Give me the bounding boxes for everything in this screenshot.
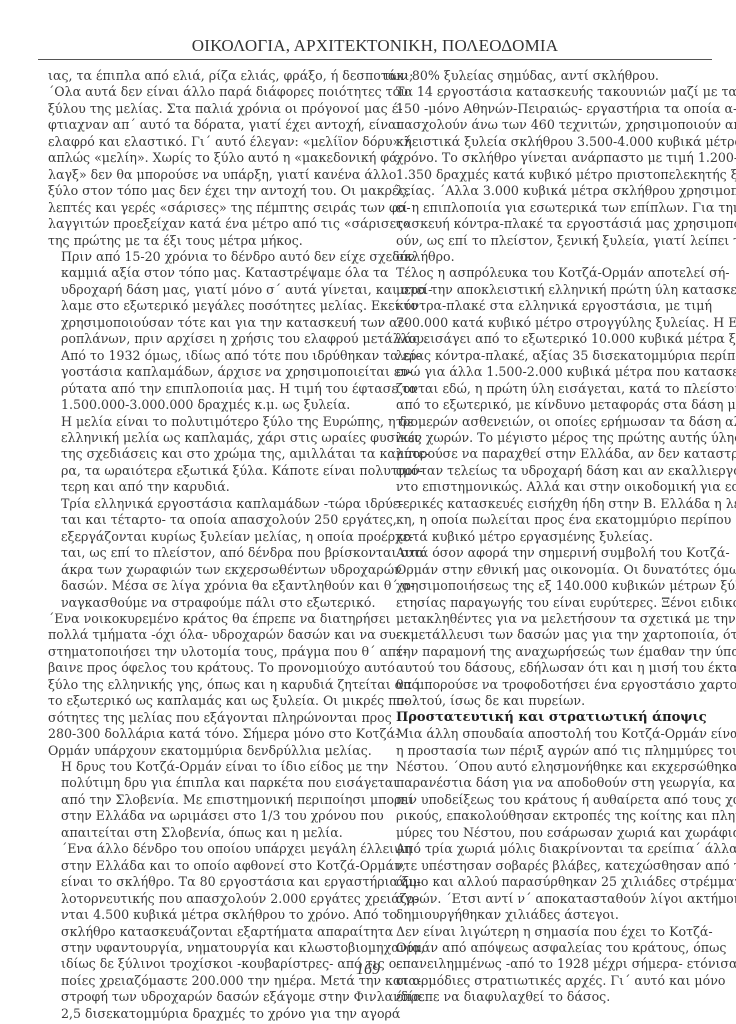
paragraph: Πριν από 15-20 χρόνια το δένδρο αυτό δεν…	[48, 249, 363, 414]
text-line: δημιουργήθηκαν χιλιάδες άστεγοι.	[383, 907, 712, 923]
text-line: Ορμάν από απόψεως ασφαλείας του κράτους,…	[383, 940, 712, 956]
header-rule	[38, 59, 712, 60]
text-line: των 80% ξυλείας σημύδας, αντί σκλήθρου.	[383, 68, 712, 84]
text-line: Ορμάν στην εθνική μας οικονομία. Οι δυνα…	[383, 562, 712, 578]
text-line: βαινε προς όφελος του κράτους. Το προνομ…	[48, 660, 363, 676]
paragraph: ΄Ενα νοικοκυρεμένο κράτος θα έπρεπε να δ…	[48, 611, 363, 759]
text-line: σκλήθρο κατασκευάζονται εξαρτήματα απαρα…	[48, 924, 363, 940]
text-line: Δεν είναι λιγώτερη η σημασία που έχει το…	[383, 924, 712, 940]
text-line: Μια άλλη σπουδαία αποστολή του Κοτζά-Ορμ…	[383, 726, 712, 742]
text-line: σκλήθρο.	[383, 249, 712, 265]
text-line: το εξωτερικό ως καπλαμάς και ως ξυλεία. …	[48, 693, 363, 709]
text-line: ρύτατα από την επιπλοποιία μας. Η τιμή τ…	[48, 381, 363, 397]
text-line: Ορμάν υπάρχουν εκατομμύρια δενδρύλλια με…	[48, 743, 363, 759]
text-line: τερη και από την καρυδιά.	[48, 479, 363, 495]
text-line: λαμε στο εξωτερικό μεγάλες ποσότητες μελ…	[48, 298, 363, 314]
text-line: στην Ελλάδα να ωριμάσει στο 1/3 του χρόν…	[48, 808, 363, 824]
page-number: 169	[0, 961, 736, 979]
text-line: από την Σλοβενία. Με επιστημονική περιπο…	[48, 792, 363, 808]
text-line: έπρεπε να διαφυλαχθεί το δάσος.	[383, 989, 712, 1005]
text-line: 2,5 δισεκατομμύρια δραχμές το χρόνο για …	[48, 1006, 363, 1022]
text-line: ετησίας παραγωγής του είναι ευρύτερες. Ξ…	[383, 595, 712, 611]
paragraph: ΄Ενα άλλο δένδρο του οποίου υπάρχει μεγά…	[48, 841, 363, 1022]
text-line: 150 -μόνο Αθηνών-Πειραιώς- εργαστήρια τα…	[383, 101, 712, 117]
text-line: αυτού του δάσους, εδήλωσαν ότι και η μισ…	[383, 660, 712, 676]
text-line: ξύλου της μελίας. Στα παλιά χρόνια οι πρ…	[48, 101, 363, 117]
text-line: τερικές κατασκευές εισήχθη ήδη στην Β. Ε…	[383, 496, 712, 512]
text-line: η προστασία των πέριξ αγρών από τις πλημ…	[383, 743, 712, 759]
text-line: ελαφρό και ελαστικό. Γι΄ αυτό έλεγαν: «μ…	[48, 134, 363, 150]
text-line: μερα την αποκλειστική ελληνική πρώτη ύλη…	[383, 282, 712, 298]
text-line: ιας, τα έπιπλα από ελιά, ρίζα ελιάς, φρά…	[48, 68, 363, 84]
text-line: φτιαχναν απ΄ αυτό τα δόρατα, γιατί έχει …	[48, 117, 363, 133]
text-line: πασχολούν άνω των 460 τεχνιτών, χρησιμοπ…	[383, 117, 712, 133]
text-line: ναγκασθούμε να στραφούμε πάλι στο εξωτερ…	[48, 595, 363, 611]
text-line: εξεργάζονται κυρίως ξυλείαν μελίας, η οπ…	[48, 529, 363, 545]
text-line: Νέστου. ΄Οπου αυτό ελησμονήθηκε και εκχε…	[383, 759, 712, 775]
paragraph: ιας, τα έπιπλα από ελιά, ρίζα ελιάς, φρά…	[48, 68, 363, 249]
text-line: στροφή των υδροχαρών δασών εξάγομε στην …	[48, 989, 363, 1005]
text-line: μύρες του Νέστου, που εσάρωσαν χωριά και…	[383, 825, 712, 841]
text-line: υδροχαρή δάση μας, γιατί μόνο σ΄ αυτά γί…	[48, 282, 363, 298]
text-line: στην υφαντουργία, νηματουργία και κλωστο…	[48, 940, 363, 956]
text-line: παρανέστια δάση για να αποδοθούν στη γεω…	[383, 775, 712, 791]
text-line: 700.000 κατά κυβικό μέτρο στρογγύλης ξυλ…	[383, 315, 712, 331]
text-line: κατά κυβικό μέτρο εργασμένης ξυλείας.	[383, 529, 712, 545]
text-line: αγρών. ΄Ετσι αντί ν΄ αποκατασταθούν λίγο…	[383, 891, 712, 907]
text-line: ται, ως επί το πλείστον, από δένδρα που …	[48, 545, 363, 561]
text-line: Η δρυς του Κοτζά-Ορμάν είναι το ίδιο είδ…	[48, 759, 363, 775]
running-head-title: ΟΙΚΟΛΟΓΙΑ, ΑΡΧΙΤΕΚΤΟΝΙΚΗ, ΠΟΛΕΟΔΟΜΙΑ	[38, 36, 712, 56]
text-line: θα μπορούσε να τροφοδοτήσει ένα εργοστάσ…	[383, 677, 712, 693]
text-line: λοτορνευτικής που απασχολούν 2.000 εργάτ…	[48, 891, 363, 907]
text-line: λεπτές και γερές «σάρισες» της πέμπτης σ…	[48, 200, 363, 216]
text-line: φονταν τελείως τα υδροχαρή δάση και αν ε…	[383, 463, 712, 479]
text-line: ξύλο της ελληνικής γης, όπως και η καρυδ…	[48, 677, 363, 693]
text-line: καμμιά αξία στον τόπο μας. Καταστρέψαμε …	[48, 265, 363, 281]
text-line: 280-300 δολλάρια κατά τόνο. Σήμερα μόνο …	[48, 726, 363, 742]
text-line: ντε υπέστησαν σοβαρές βλάβες, κατεχώσθησ…	[383, 858, 712, 874]
text-line: Αυτά όσον αφορά την σημερινή συμβολή του…	[383, 545, 712, 561]
text-line: της σχεδιάσεις και στο χρώμα της, αμιλλά…	[48, 446, 363, 462]
text-line: λαγγιτών προεξείχαν κατά ένα μέτρο από τ…	[48, 216, 363, 232]
text-line: Από τρία χωριά μόλις διακρίνονται τα ερε…	[383, 841, 712, 857]
paragraph: Αυτά όσον αφορά την σημερινή συμβολή του…	[383, 545, 712, 710]
text-line: νται 4.500 κυβικά μέτρα σκλήθρου το χρόν…	[48, 907, 363, 923]
text-line: πολύτιμη δρυ για έπιπλα και παρκέτα που …	[48, 775, 363, 791]
text-line: την παραμονή της αναχωρήσεώς των έμαθαν …	[383, 644, 712, 660]
text-line: εκμετάλλευσι των δασών μας για την χαρτο…	[383, 627, 712, 643]
paragraph: Η μελία είναι το πολυτιμότερο ξύλο της Ε…	[48, 414, 363, 496]
text-line: ξύλο στον τόπο μας δεν έχει την αντοχή τ…	[48, 183, 363, 199]
text-line: χρησιμοποιούσαν τότε και για την κατασκε…	[48, 315, 363, 331]
text-line: ται και τέταρτο- τα οποία απασχολούν 250…	[48, 512, 363, 528]
text-line: ρα, τα ωραιότερα εξωτικά ξύλα. Κάποτε εί…	[48, 463, 363, 479]
text-line: ούν, ως επί το πλείστον, ξενική ξυλεία, …	[383, 233, 712, 249]
text-line: Η μελία είναι το πολυτιμότερο ξύλο της Ε…	[48, 414, 363, 430]
text-line: άμμο και αλλού παρασύρθηκαν 25 χιλιάδες …	[383, 874, 712, 890]
text-line: λείας. ΄Αλλα 3.000 κυβικά μέτρα σκλήθρου…	[383, 183, 712, 199]
right-column-body: των 80% ξυλείας σημύδας, αντί σκλήθρου.Τ…	[383, 68, 712, 710]
text-line: χρόνο. Το σκλήθρο γίνεται ανάρπαστο με τ…	[383, 150, 712, 166]
paragraph: Τρία ελληνικά εργοστάσια καπλαμάδων -τώρ…	[48, 496, 363, 611]
text-line: ΄Ενα νοικοκυρεμένο κράτος θα έπρεπε να δ…	[48, 611, 363, 627]
text-line: λων χωρών. Το μέγιστο μέρος της πρώτης α…	[383, 430, 712, 446]
text-line: απαιτείται στη Σλοβενία, όπως και η μελί…	[48, 825, 363, 841]
text-line: Από το 1932 όμως, ιδίως από τότε που ιδρ…	[48, 348, 363, 364]
text-line: ρικούς, επακολούθησαν εκτροπές της κοίτη…	[383, 808, 712, 824]
text-line: τρομερών ασθενειών, οι οποίες ερήμωσαν τ…	[383, 414, 712, 430]
paragraph: Η δρυς του Κοτζά-Ορμάν είναι το ίδιο είδ…	[48, 759, 363, 841]
text-line: λείας κόντρα-πλακέ, αξίας 35 δισεκατομμύ…	[383, 348, 712, 364]
text-line: 1.350 δραχμές κατά κυβικό μέτρο πριστοπε…	[383, 167, 712, 183]
text-line: κόντρα-πλακέ στα ελληνικά εργοστάσια, με…	[383, 298, 712, 314]
text-line: λάς εισάγει από το εξωτερικό 10.000 κυβι…	[383, 331, 712, 347]
text-line: χρησιμοποιήσεως της εξ 140.000 κυβικών μ…	[383, 578, 712, 594]
text-line: άκρα των χωραφιών των εκχερσωθέντων υδρο…	[48, 562, 363, 578]
text-line: από το εξωτερικό, με κίνδυνο μεταφοράς σ…	[383, 397, 712, 413]
text-line: πολλά τμήματα -όχι όλα- υδροχαρών δασών …	[48, 627, 363, 643]
text-line: ντο επιστημονικώς. Αλλά και στην οικοδομ…	[383, 479, 712, 495]
paragraph: Μια άλλη σπουδαία αποστολή του Κοτζά-Ορμ…	[383, 726, 712, 923]
left-column: ιας, τα έπιπλα από ελιά, ρίζα ελιάς, φρά…	[48, 68, 363, 1022]
section-heading: Προστατευτική και στρατιωτική άποψις	[383, 710, 712, 726]
text-line: μπορούσε να παραχθεί στην Ελλάδα, αν δεν…	[383, 446, 712, 462]
paragraph: των 80% ξυλείας σημύδας, αντί σκλήθρου.	[383, 68, 712, 84]
text-line: είναι το σκλήθρο. Τα 80 εργοστάσια και ε…	[48, 874, 363, 890]
text-line: εί η επιπλοποιία για εσωτερικά των επίπλ…	[383, 200, 712, 216]
text-line: σότητες της μελίας που εξάγονται πληρώνο…	[48, 710, 363, 726]
text-line: ζονται εδώ, η πρώτη ύλη εισάγεται, κατά …	[383, 381, 712, 397]
text-line: ΄Ενα άλλο δένδρο του οποίου υπάρχει μεγά…	[48, 841, 363, 857]
paragraph: Τα 14 εργοστάσια κατασκευής τακουνιών μα…	[383, 84, 712, 265]
text-line: τασκευή κόντρα-πλακέ τα εργοστάσιά μας χ…	[383, 216, 712, 232]
text-line: Τέλος η ασπρόλευκα του Κοτζά-Ορμάν αποτε…	[383, 265, 712, 281]
text-line: ΄Ολα αυτά δεν είναι άλλο παρά διάφορες π…	[48, 84, 363, 100]
text-line: ροπλάνων, πριν αρχίσει η χρήσις του ελαφ…	[48, 331, 363, 347]
text-line: κλειστικά ξυλεία σκλήθρου 3.500-4.000 κυ…	[383, 134, 712, 150]
text-line: πολτού, ίσως δε και πυρείων.	[383, 693, 712, 709]
text-line: Τα 14 εργοστάσια κατασκευής τακουνιών μα…	[383, 84, 712, 100]
text-line: ενώ για άλλα 1.500-2.000 κυβικά μέτρα πο…	[383, 364, 712, 380]
text-line: της πρώτης με τα έξι τους μέτρα μήκος.	[48, 233, 363, 249]
text-line: Πριν από 15-20 χρόνια το δένδρο αυτό δεν…	[48, 249, 363, 265]
text-line: πιν υποδείξεως του κράτους ή αυθαίρετα α…	[383, 792, 712, 808]
text-line: στηματοποιήσει την υλοτομία τους, πράγμα…	[48, 644, 363, 660]
text-line: μετακληθέντες για να μελετήσουν τα σχετι…	[383, 611, 712, 627]
text-line: στην Ελλάδα και το οποίο αφθονεί στο Κοτ…	[48, 858, 363, 874]
text-line: απλώς «μελίη». Χωρίς το ξύλο αυτό η «μακ…	[48, 150, 363, 166]
paragraph: Τέλος η ασπρόλευκα του Κοτζά-Ορμάν αποτε…	[383, 265, 712, 545]
text-line: ελληνική μελία ως καπλαμάς, χάρι στις ωρ…	[48, 430, 363, 446]
text-line: 1.500.000-3.000.000 δραχμές κ.μ. ως ξυλε…	[48, 397, 363, 413]
text-line: γοστάσια καπλαμάδων, άρχισε να χρησιμοπο…	[48, 364, 363, 380]
text-line: λαγξ» δεν θα μπορούσε να υπάρξη, γιατί κ…	[48, 167, 363, 183]
text-line: δασών. Μέσα σε λίγα χρόνια θα εξαντληθού…	[48, 578, 363, 594]
right-column: των 80% ξυλείας σημύδας, αντί σκλήθρου.Τ…	[383, 68, 712, 1006]
text-line: κη, η οποία πωλείται προς ένα εκατομμύρι…	[383, 512, 712, 528]
text-line: Τρία ελληνικά εργοστάσια καπλαμάδων -τώρ…	[48, 496, 363, 512]
